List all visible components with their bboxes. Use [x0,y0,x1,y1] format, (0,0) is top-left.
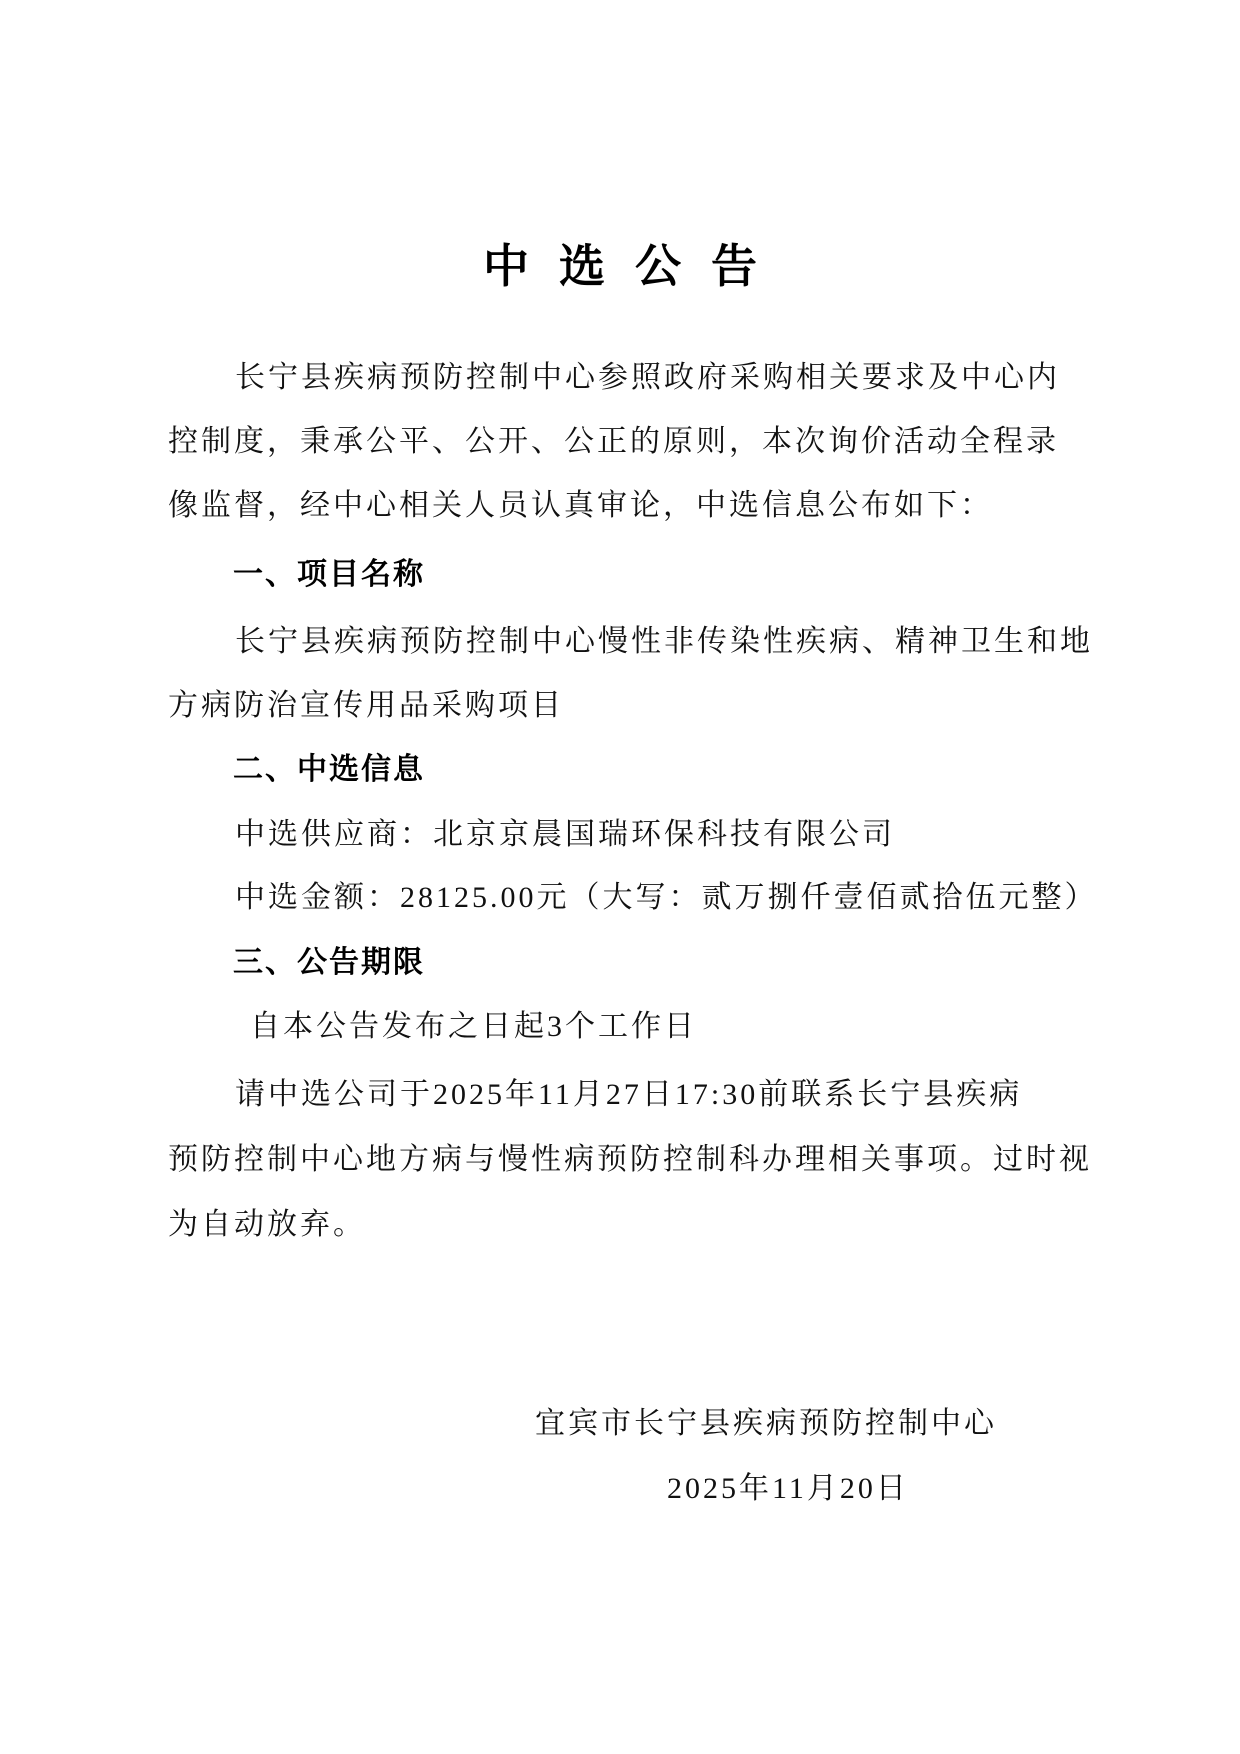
project-name-line-1: 长宁县疾病预防控制中心慢性非传染性疾病、精神卫生和地 [235,622,1093,662]
project-name-line-2: 方病防治宣传用品采购项目 [168,686,564,726]
section-heading-award-info: 二、中选信息 [233,750,425,790]
intro-line-1: 长宁县疾病预防控制中心参照政府采购相关要求及中心内 [235,358,1060,398]
notice-period-text: 自本公告发布之日起3个工作日 [250,1007,697,1047]
section-heading-project-name: 一、项目名称 [233,555,425,595]
supplier-label: 中选供应商： [235,818,433,851]
signature-organization: 宜宾市长宁县疾病预防控制中心 [535,1404,997,1444]
amount-value: 28125.00元 [400,881,570,914]
amount-label: 中选金额： [235,881,400,914]
intro-line-3: 像监督，经中心相关人员认真审论，中选信息公布如下： [168,486,993,526]
notice-line-3: 为自动放弃。 [168,1205,366,1245]
document-page: 中选公告 长宁县疾病预防控制中心参照政府采购相关要求及中心内 控制度，秉承公平、… [0,0,1240,1754]
amount-uppercase: （大写：贰万捌仟壹佰贰拾伍元整） [570,881,1098,914]
amount-row: 中选金额：28125.00元（大写：贰万捌仟壹佰贰拾伍元整） [235,878,1098,918]
signature-date: 2025年11月20日 [667,1469,909,1509]
notice-line-1: 请中选公司于2025年11月27日17:30前联系长宁县疾病 [235,1075,1022,1115]
page-title: 中选公告 [0,238,1240,294]
notice-line-2: 预防控制中心地方病与慢性病预防控制科办理相关事项。过时视 [168,1140,1092,1180]
supplier-value: 北京京晨国瑞环保科技有限公司 [433,818,895,851]
supplier-row: 中选供应商：北京京晨国瑞环保科技有限公司 [235,815,895,855]
section-heading-notice-period: 三、公告期限 [233,943,425,983]
intro-line-2: 控制度，秉承公平、公开、公正的原则，本次询价活动全程录 [168,422,1059,462]
